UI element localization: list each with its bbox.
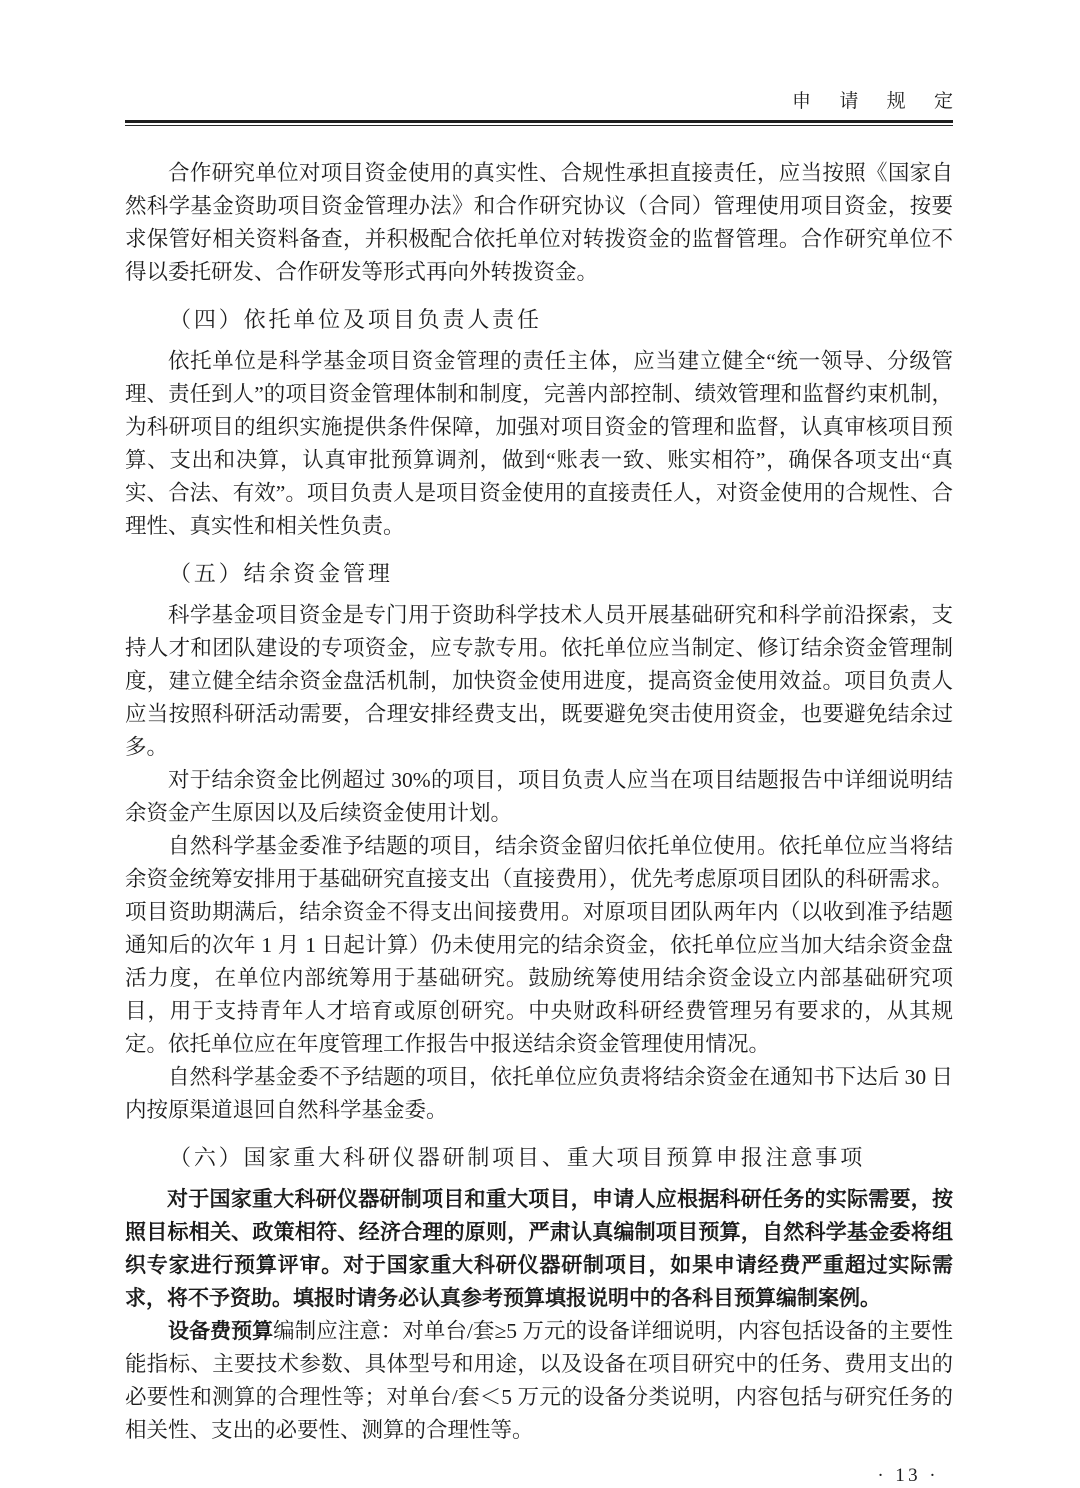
page-number: · 13 ·	[125, 1464, 953, 1488]
page-content: 申 请 规 定 合作研究单位对项目资金使用的真实性、合规性承担直接责任，应当按照…	[125, 90, 953, 1488]
section-heading-4-responsibilities: （四）依托单位及项目负责人责任	[125, 303, 953, 336]
paragraph-approved-completion-surplus: 自然科学基金委准予结题的项目，结余资金留归依托单位使用。依托单位应当将结余资金统…	[125, 830, 953, 1061]
section-heading-6-major-projects: （六）国家重大科研仪器研制项目、重大项目预算申报注意事项	[125, 1141, 953, 1174]
paragraph-surplus-over-30-percent: 对于结余资金比例超过 30%的项目，项目负责人应当在项目结题报告中详细说明结余资…	[125, 764, 953, 830]
running-header-title: 申 请 规 定	[792, 91, 965, 112]
header-rule	[125, 120, 953, 126]
equipment-budget-bold-lead: 设备费预算	[168, 1320, 273, 1343]
paragraph-fund-purpose: 科学基金项目资金是专门用于资助科学技术人员开展基础研究和科学前沿探索，支持人才和…	[125, 599, 953, 764]
paragraph-equipment-budget: 设备费预算编制应注意：对单台/套≥5 万元的设备详细说明，内容包括设备的主要性能…	[125, 1315, 953, 1447]
paragraph-cooperation-units: 合作研究单位对项目资金使用的真实性、合规性承担直接责任，应当按照《国家自然科学基…	[125, 157, 953, 289]
running-header: 申 请 规 定	[125, 90, 953, 114]
paragraph-major-project-budget-notice: 对于国家重大科研仪器研制项目和重大项目，申请人应根据科研任务的实际需要，按照目标…	[125, 1183, 953, 1315]
section-heading-5-surplus-funds: （五）结余资金管理	[125, 557, 953, 590]
paragraph-rejected-completion-refund: 自然科学基金委不予结题的项目，依托单位应负责将结余资金在通知书下达后 30 日内…	[125, 1061, 953, 1127]
paragraph-supporting-unit-responsibility: 依托单位是科学基金项目资金管理的责任主体，应当建立健全“统一领导、分级管理、责任…	[125, 345, 953, 543]
document-page: 申 请 规 定 合作研究单位对项目资金使用的真实性、合规性承担直接责任，应当按照…	[0, 0, 1080, 1488]
